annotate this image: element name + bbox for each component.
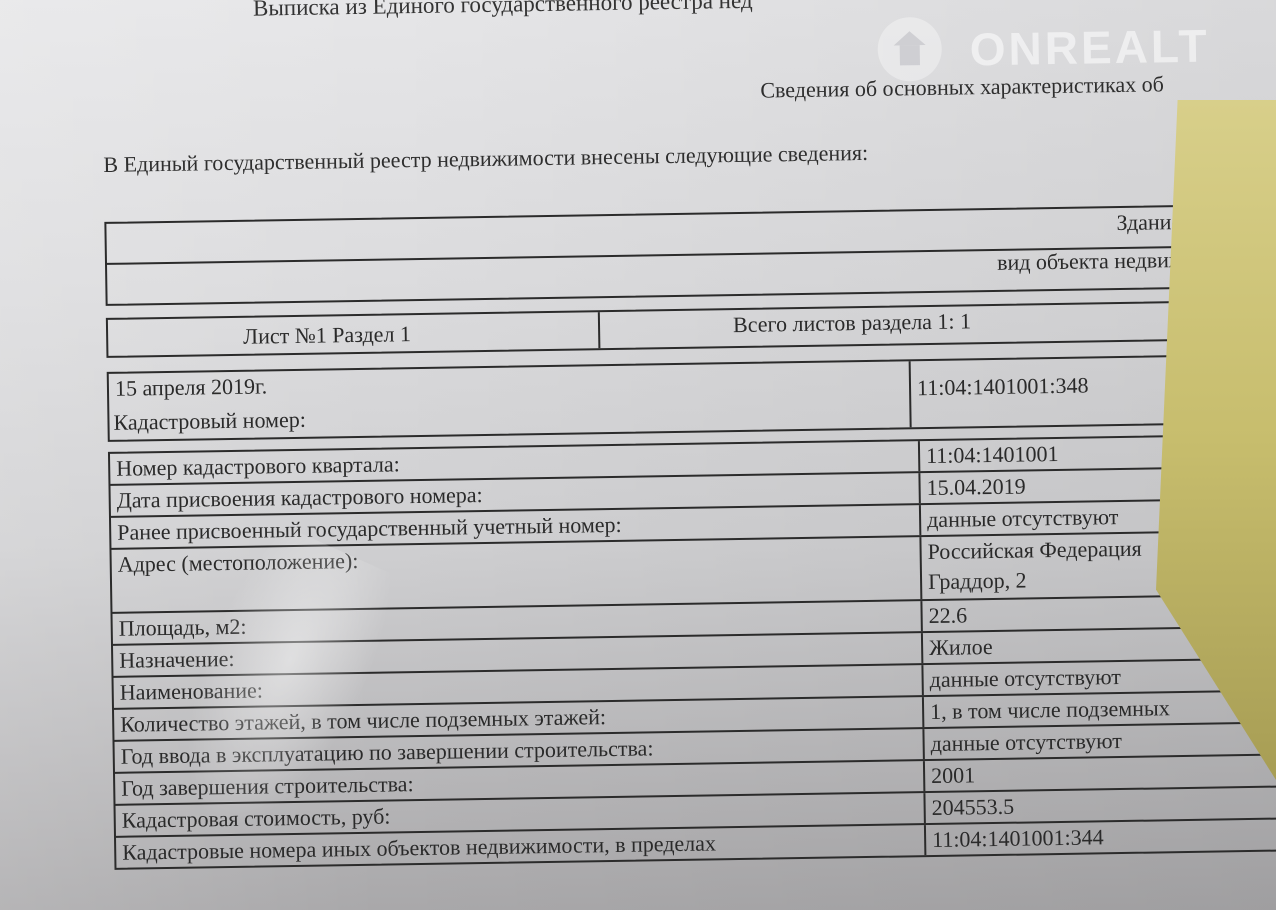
object-type: Здание [1116, 209, 1181, 236]
field-label: Адрес (местоположение): [111, 537, 920, 612]
object-type-header: Здание вид объекта недвижим [104, 203, 1276, 306]
intro-text: В Единый государственный реестр недвижим… [103, 140, 868, 178]
house-icon [877, 17, 942, 82]
field-value-text: 2001 [931, 755, 1276, 791]
field-value: 204553.5 [923, 787, 1276, 824]
field-value-text: данные отсутствуют [930, 723, 1276, 759]
sheet-header: Лист №1 Раздел 1 Всего листов раздела 1:… [106, 299, 1276, 358]
total-sheets-label: Всего листов раздела 1: 1 [733, 308, 971, 338]
registry-extract-page: Выписка из Единого государственного реес… [0, 0, 1276, 910]
field-value-text: 204553.5 [931, 787, 1276, 823]
field-value: данные отсутствуют [922, 723, 1276, 760]
field-value-text: 11:04:1401001:344 [932, 819, 1276, 855]
extract-date: 15 апреля 2019г. [115, 373, 268, 401]
cadastral-number-label: Кадастровый номер: [113, 407, 306, 436]
characteristics-table: Номер кадастрового квартала:11:04:140100… [108, 433, 1276, 870]
section-subtitle: Сведения об основных характеристиках об [760, 71, 1164, 103]
document-title: Выписка из Единого государственного реес… [253, 0, 753, 22]
watermark-text: ONREALT [969, 19, 1210, 77]
field-value: 11:04:1401001:344 [924, 819, 1276, 856]
cadastral-number-block: 15 апреля 2019г. Кадастровый номер: 11:0… [107, 353, 1276, 442]
field-value: 2001 [923, 755, 1276, 792]
field-value: 1, в том числе подземных [922, 691, 1276, 728]
sheet-label: Лист №1 Раздел 1 [243, 321, 411, 350]
cadastral-number-value: 11:04:1401001:348 [917, 372, 1089, 401]
divider [909, 361, 912, 427]
